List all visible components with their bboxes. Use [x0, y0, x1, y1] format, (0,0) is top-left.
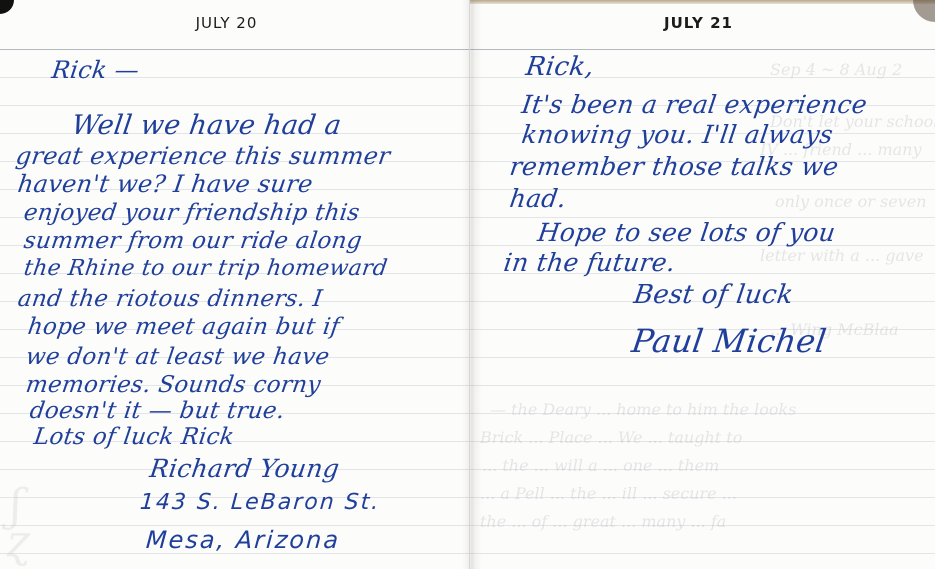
signature: Paul Michel — [629, 322, 829, 360]
book-corner — [0, 0, 14, 14]
bleed-through-text: ... the ... will a ... one ... them — [482, 456, 719, 475]
diary-spread: JULY 20 Rick — Well we have had a great … — [0, 0, 935, 569]
date-header: JULY 21 — [470, 14, 931, 32]
letter-line: memories. Sounds corny — [24, 372, 322, 398]
diary-page-july-20: JULY 20 Rick — Well we have had a great … — [0, 0, 470, 569]
letter-line: summer from our ride along — [22, 228, 363, 254]
letter-line: had. — [508, 184, 568, 213]
signature: Richard Young — [148, 454, 341, 483]
letter-line: and the riotous dinners. I — [16, 286, 324, 312]
letter-line: enjoyed your friendship this — [22, 200, 361, 226]
letter-line: Well we have had a — [70, 110, 344, 141]
bleed-through-text: Brick ... Place ... We ... taught to — [480, 428, 742, 447]
date-header: JULY 20 — [0, 14, 461, 32]
bleed-through-text: letter with a ... gave — [760, 246, 924, 265]
bleed-through-text: — the Deary ... home to him the looks — [490, 400, 796, 419]
letter-line: hope we meet again but if — [26, 314, 341, 340]
letter-line: we don't at least we have — [24, 344, 331, 370]
bleed-through-mark: ɀ — [6, 516, 29, 567]
letter-line: haven't we? I have sure — [16, 170, 315, 198]
address-street: 143 S. LeBaron St. — [139, 490, 381, 515]
page-top-edge — [470, 0, 935, 4]
bleed-through-text: ... a Pell ... the ... ill ... secure ..… — [480, 484, 737, 503]
letter-line: great experience this summer — [14, 142, 392, 170]
bleed-through-text: only once or seven — [775, 192, 927, 211]
diary-page-july-21: JULY 21 Sep 4 ~ 8 Aug 2 Don't let your s… — [470, 0, 935, 569]
letter-line: It's been a real experience — [520, 90, 869, 119]
salutation: Rick — — [50, 56, 141, 84]
bleed-through-text: the ... of ... great ... many ... fa — [480, 512, 726, 531]
header-rule — [470, 49, 935, 50]
letter-line: Hope to see lots of you — [536, 218, 837, 247]
salutation: Rick, — [524, 52, 596, 82]
letter-line: doesn't it — but true. — [28, 398, 286, 424]
header-rule — [0, 49, 469, 50]
letter-line: in the future. — [502, 248, 677, 277]
letter-line: remember those talks we — [508, 152, 840, 181]
closing: Best of luck — [632, 280, 795, 310]
address-city: Mesa, Arizona — [145, 526, 341, 554]
letter-line: Lots of luck Rick — [32, 424, 236, 450]
letter-line: the Rhine to our trip homeward — [22, 256, 389, 281]
bleed-through-text: Sep 4 ~ 8 Aug 2 — [770, 60, 902, 79]
letter-line: knowing you. I'll always — [520, 120, 835, 149]
